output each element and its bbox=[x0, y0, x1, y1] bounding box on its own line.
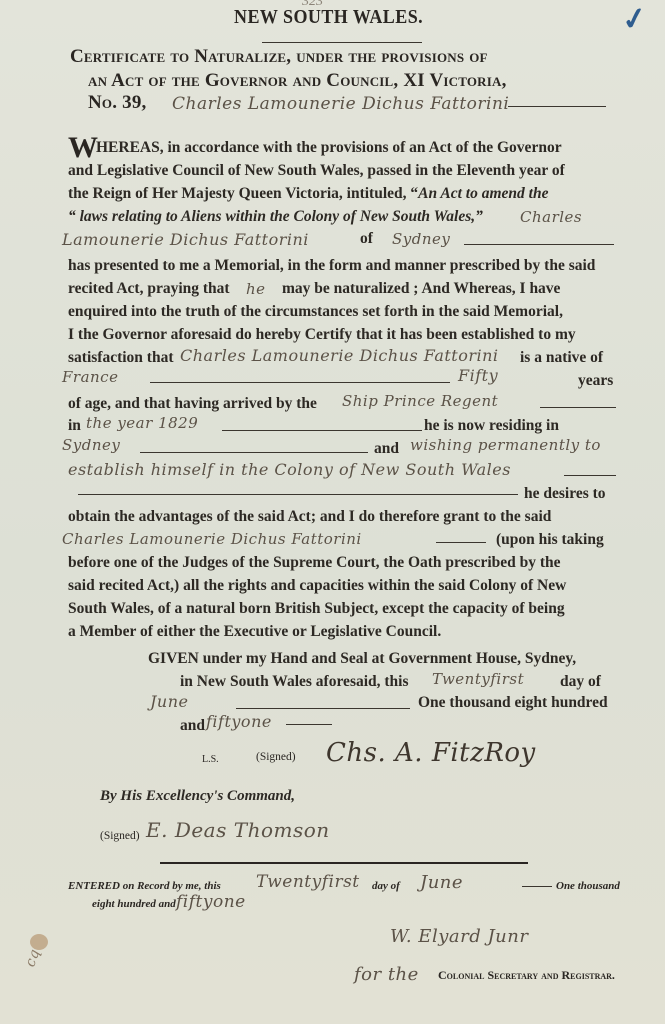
body-line-20: said recited Act,) all the rights and ca… bbox=[68, 577, 566, 595]
signed-label: (Signed) bbox=[256, 751, 296, 763]
for-the-handwritten: for the bbox=[354, 964, 419, 985]
body-line-22: a Member of either the Executive or Legi… bbox=[68, 623, 441, 641]
entered-label-c: One thousand bbox=[556, 880, 620, 892]
years-label: years bbox=[578, 372, 613, 390]
body-line-19: before one of the Judges of the Supreme … bbox=[68, 554, 561, 572]
hand-name-grant: Charles Lamounerie Dichus Fattorini bbox=[62, 530, 362, 548]
hand-ship: Ship Prince Regent bbox=[342, 392, 498, 410]
colonial-secretary-signature: E. Deas Thomson bbox=[146, 818, 330, 842]
blank-line bbox=[236, 708, 410, 709]
certificate-heading-line2: an Act of the Governor and Council, XI V… bbox=[88, 70, 507, 92]
hand-entered-year: fiftyone bbox=[176, 892, 246, 912]
blank-line bbox=[508, 106, 606, 107]
certificate-number: No. 39, bbox=[88, 92, 146, 114]
body-line-21: South Wales, of a natural born British S… bbox=[68, 600, 565, 618]
body-line-9: I the Governor aforesaid do hereby Certi… bbox=[68, 326, 576, 344]
hand-age: Fifty bbox=[458, 366, 498, 385]
blank-line bbox=[540, 407, 616, 408]
day-of-label: day of bbox=[560, 673, 601, 691]
body-line-7b: may be naturalized ; And Whereas, I have bbox=[282, 280, 560, 298]
title-underline bbox=[262, 42, 422, 43]
hand-country: France bbox=[62, 368, 118, 386]
body-line-12a: of age, and that having arrived by the bbox=[68, 395, 317, 413]
blue-check-mark-icon: ✓ bbox=[619, 0, 650, 39]
body-line-6: has presented to me a Memorial, in the f… bbox=[68, 257, 595, 275]
command-label: By His Excellency's Command, bbox=[100, 788, 295, 805]
document-title: NEW SOUTH WALES. bbox=[234, 6, 423, 29]
and-label: and bbox=[180, 717, 205, 735]
given-line-2a: in New South Wales aforesaid, this bbox=[180, 673, 409, 691]
body-line-10b: is a native of bbox=[520, 349, 603, 367]
entered-label-b: day of bbox=[372, 880, 400, 892]
blank-line bbox=[78, 494, 518, 495]
hand-entered-day: Twentyfirst bbox=[256, 872, 360, 892]
registrar-signature: W. Elyard Junr bbox=[390, 926, 528, 947]
body-line-4: “ laws relating to Aliens within the Col… bbox=[68, 208, 483, 226]
body-line-3: the Reign of Her Majesty Queen Victoria,… bbox=[68, 185, 548, 203]
certificate-page: 323 ✓ NEW SOUTH WALES. Certificate to Na… bbox=[0, 0, 665, 1024]
blank-line bbox=[564, 475, 616, 476]
hand-given-month: June bbox=[150, 692, 189, 711]
body-line-13b: he is now residing in bbox=[424, 417, 559, 435]
body-line-18b: (upon his taking bbox=[496, 531, 604, 549]
given-line-3b: One thousand eight hundred bbox=[418, 694, 608, 712]
hand-intent: establish himself in the Colony of New S… bbox=[68, 460, 511, 479]
registrar-office: Colonial Secretary and Registrar. bbox=[438, 968, 615, 983]
hand-residence: Sydney bbox=[392, 230, 450, 248]
of-label: of bbox=[360, 230, 373, 248]
governor-signature: Chs. A. FitzRoy bbox=[326, 738, 536, 768]
body-line-13a: in bbox=[68, 417, 81, 435]
blank-line bbox=[522, 886, 552, 887]
hand-arrival-year: the year 1829 bbox=[86, 414, 198, 432]
hand-given-day: Twentyfirst bbox=[432, 670, 524, 688]
body-line-8: enquired into the truth of the circumsta… bbox=[68, 303, 563, 321]
certificate-heading-line1: Certificate to Naturalize, under the pro… bbox=[70, 46, 488, 68]
body-line-16b: he desires to bbox=[524, 485, 606, 503]
blank-line bbox=[222, 430, 422, 431]
body-line-7a: recited Act, praying that bbox=[68, 280, 230, 298]
hand-wishing: wishing permanently to bbox=[410, 436, 601, 454]
hand-name-satisfaction: Charles Lamounerie Dichus Fattorini bbox=[180, 346, 499, 365]
hand-name-rest: Lamounerie Dichus Fattorini bbox=[62, 230, 309, 249]
entered-label-a: ENTERED on Record by me, this bbox=[68, 880, 221, 892]
body-line-1: HEREAS, in accordance with the provision… bbox=[96, 139, 562, 157]
section-divider bbox=[160, 862, 528, 864]
whereas-initial: W bbox=[68, 131, 98, 165]
given-line-1: GIVEN under my Hand and Seal at Governme… bbox=[148, 650, 576, 668]
blank-line bbox=[140, 452, 368, 453]
applicant-name-header: Charles Lamounerie Dichus Fattorini bbox=[172, 94, 509, 114]
act-title-start: An Act to amend the bbox=[418, 185, 548, 202]
body-line-10a: satisfaction that bbox=[68, 349, 173, 367]
hand-name-first: Charles bbox=[520, 208, 582, 226]
body-line-17: obtain the advantages of the said Act; a… bbox=[68, 508, 551, 526]
and-label: and bbox=[374, 440, 399, 458]
entered-label-d: eight hundred and bbox=[92, 898, 176, 910]
blank-line bbox=[436, 542, 486, 543]
hand-current-residence: Sydney bbox=[62, 436, 120, 454]
hand-entered-month: June bbox=[420, 872, 463, 893]
blank-line bbox=[286, 724, 332, 725]
command-signed-label: (Signed) bbox=[100, 830, 140, 842]
body-line-2: and Legislative Council of New South Wal… bbox=[68, 162, 565, 180]
blank-line bbox=[464, 244, 614, 245]
text: the Reign of Her Majesty Queen Victoria,… bbox=[68, 185, 418, 202]
hand-given-year: fiftyone bbox=[206, 712, 272, 731]
locus-sigilli-label: L.S. bbox=[202, 754, 219, 765]
blank-line bbox=[150, 382, 450, 383]
hand-pronoun: he bbox=[246, 280, 266, 298]
marginal-initials: cq bbox=[22, 947, 43, 969]
